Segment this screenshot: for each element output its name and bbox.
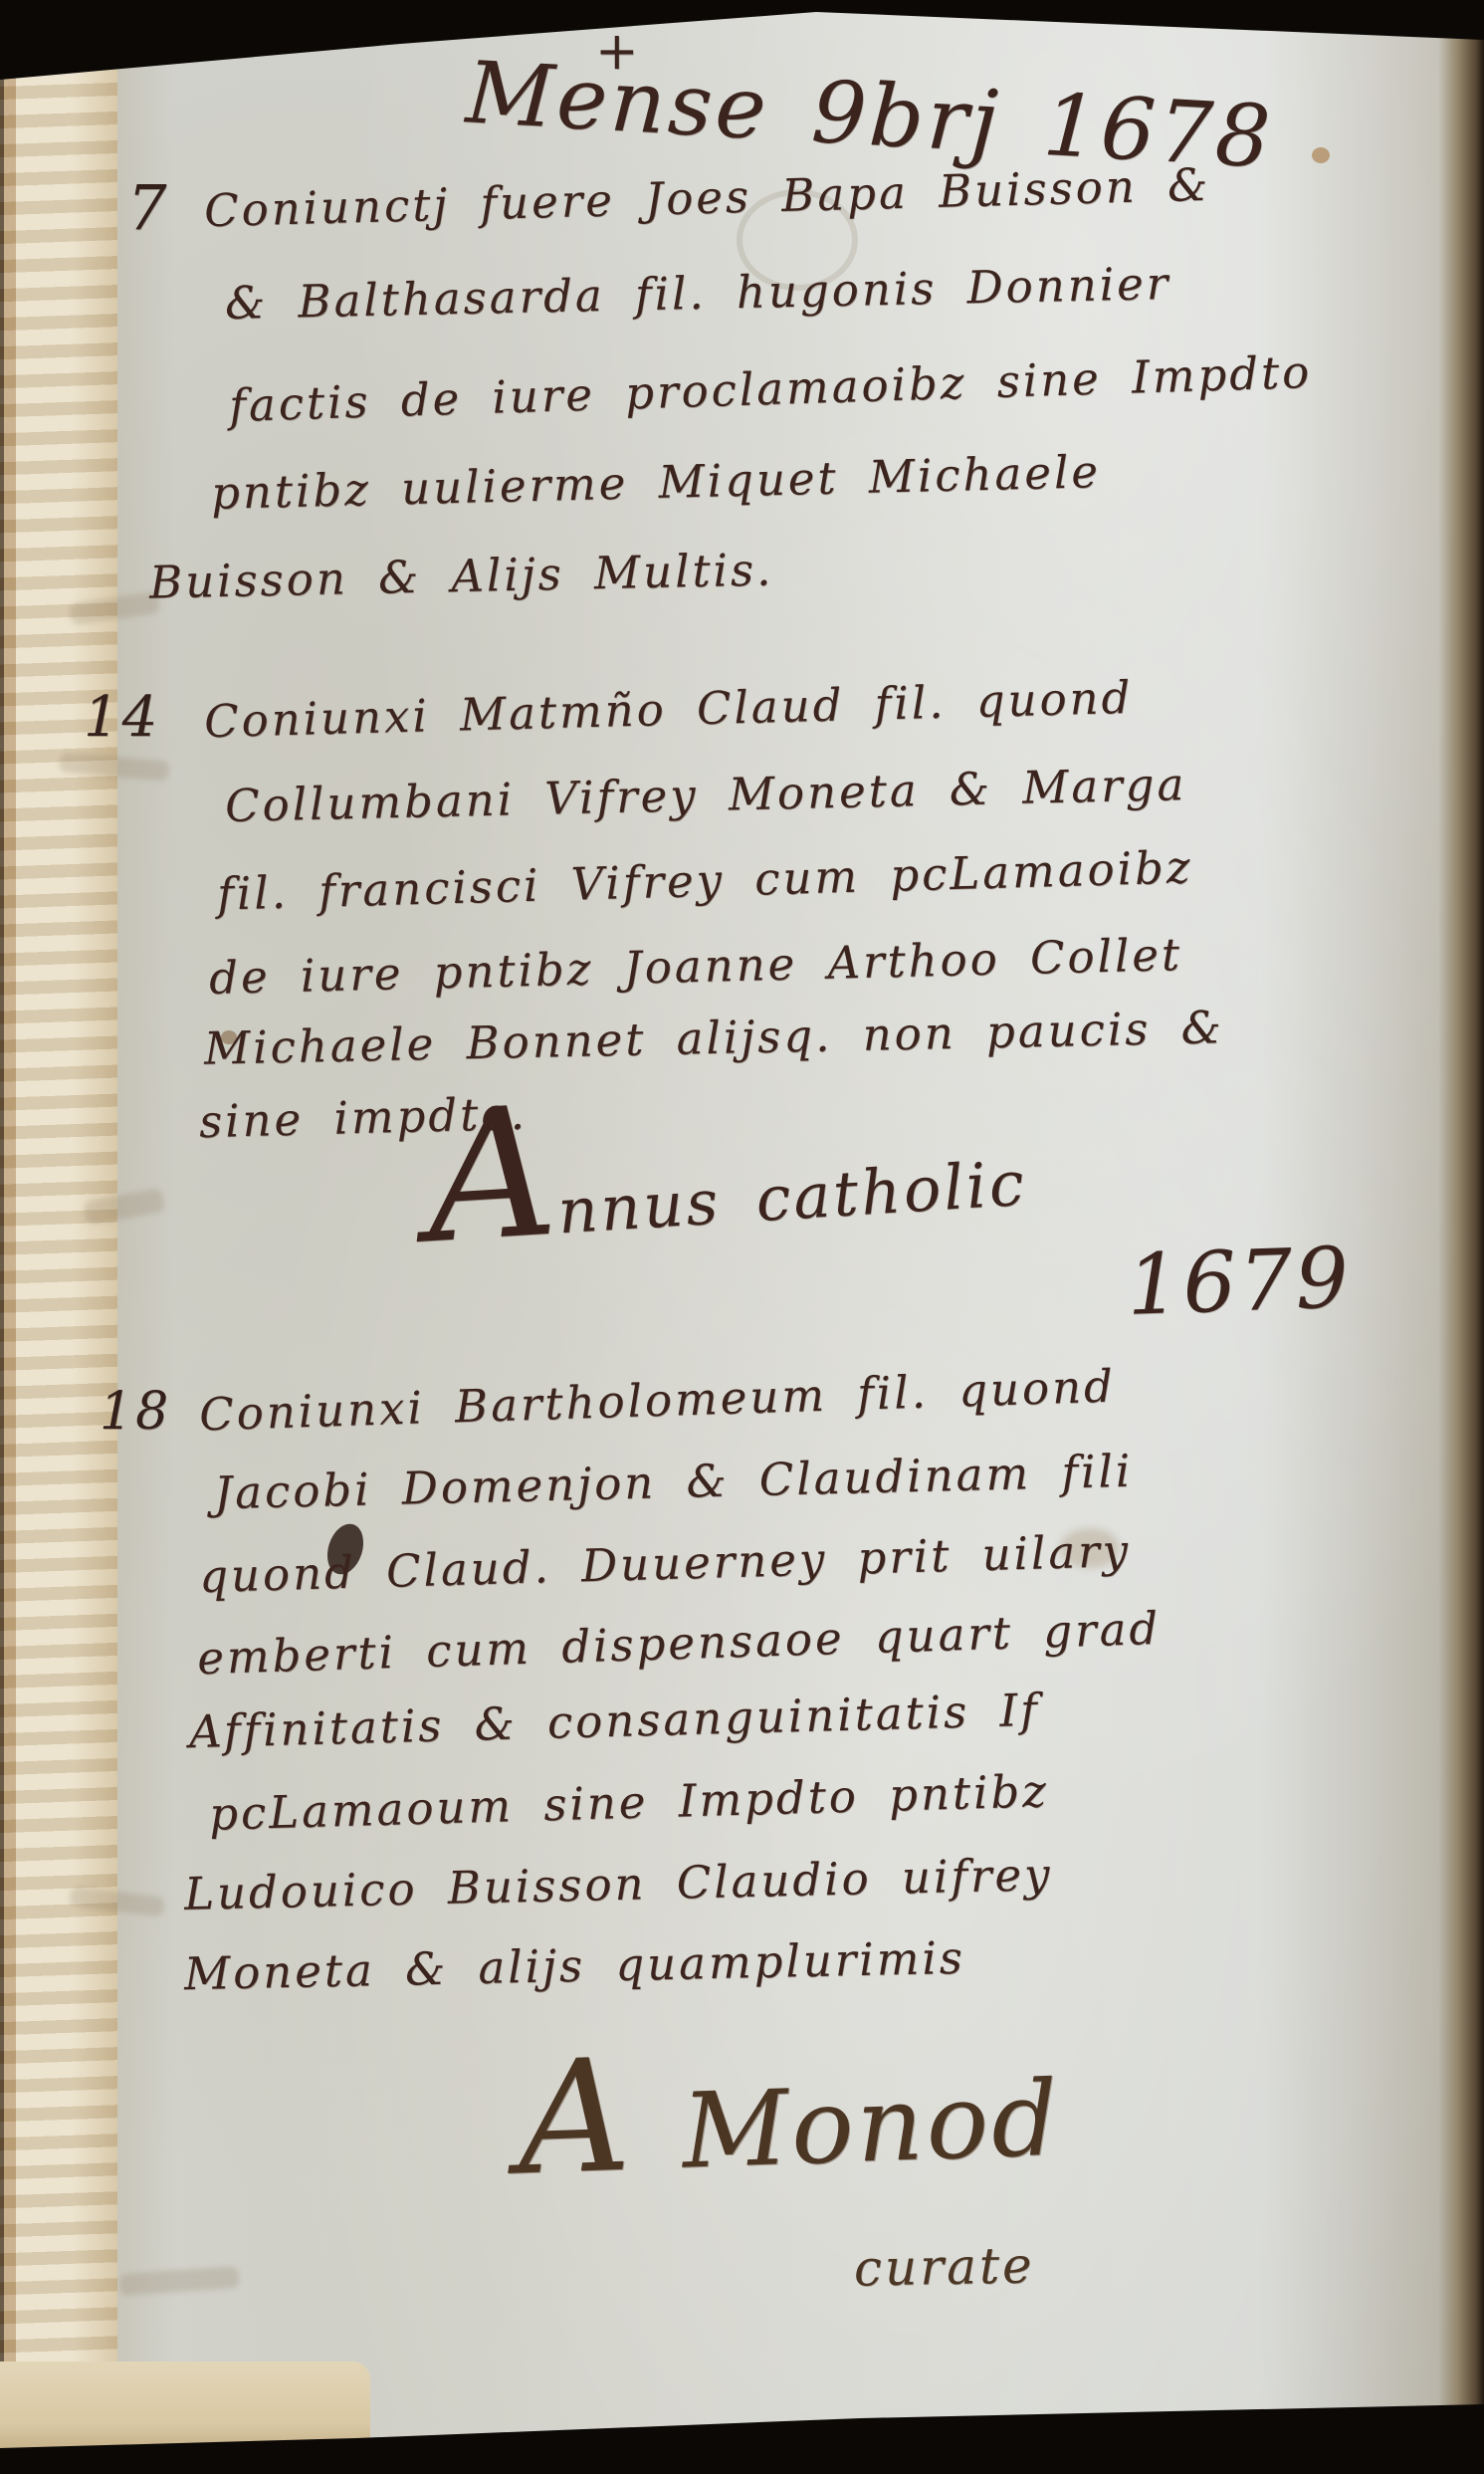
scanned-register-photo: + Mense 9brj 1678 7 Coniunctj fuere Joes… bbox=[0, 0, 1484, 2474]
year-section-year: 1679 bbox=[1125, 1229, 1353, 1334]
priest-signature: A Monod bbox=[515, 2010, 1063, 2210]
entry-number: 7 bbox=[127, 171, 169, 244]
foxing-stain bbox=[1312, 147, 1330, 163]
year-section-heading: Annus catholic bbox=[420, 1039, 1030, 1283]
entry-number: 18 bbox=[100, 1382, 171, 1442]
priest-title: curate bbox=[854, 2236, 1036, 2297]
page-right-fold-edge bbox=[1438, 0, 1484, 2474]
entry-number: 14 bbox=[84, 685, 160, 750]
book-page-stack-edge bbox=[0, 0, 117, 2474]
